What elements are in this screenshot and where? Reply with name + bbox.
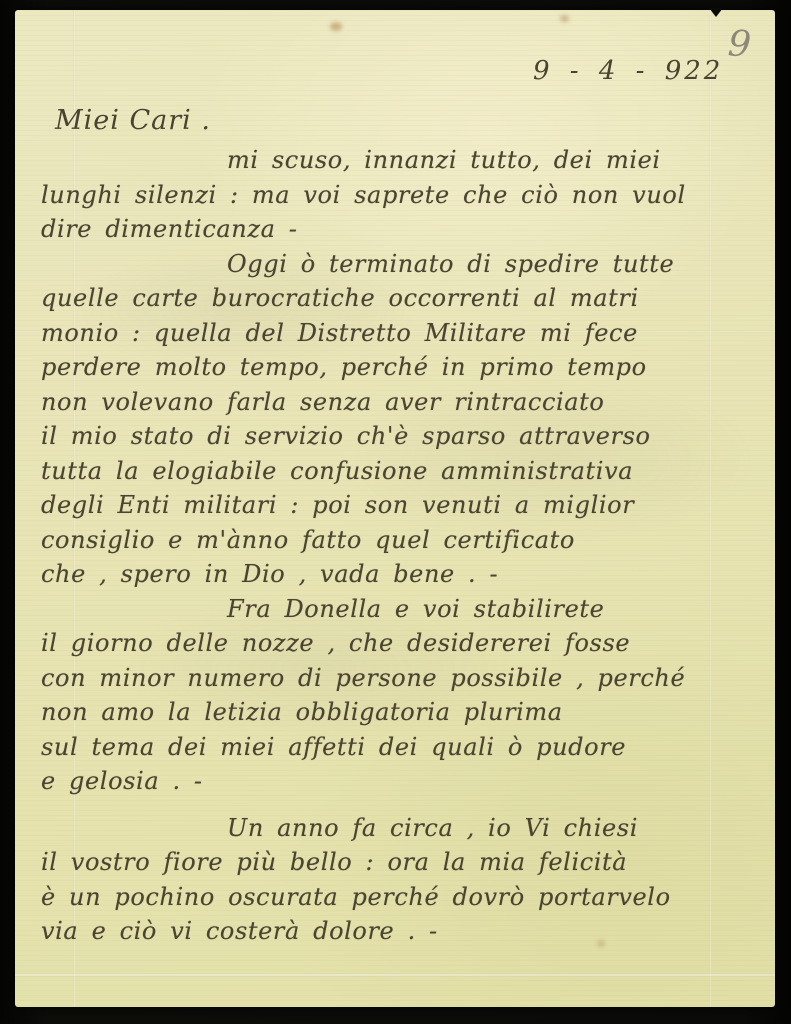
letter-line: Oggi ò terminato di spedire tutte (41, 247, 771, 282)
paper-edge-notch (709, 8, 723, 17)
letter-line: lunghi silenzi : ma voi saprete che ciò … (41, 178, 771, 213)
letter-date: 9 - 4 - 922 (533, 56, 723, 86)
letter-line: non amo la letizia obbligatoria plurima (41, 695, 771, 730)
letter-salutation: Miei Cari . (55, 105, 211, 136)
archive-page-number: 9 (727, 23, 753, 65)
letter-line: il giorno delle nozze , che desidererei … (41, 626, 771, 661)
letter-paper: 9 9 - 4 - 922 Miei Cari . mi scuso, inna… (15, 10, 775, 1007)
letter-line: consiglio e m'ànno fatto quel certificat… (41, 523, 771, 558)
letter-line: degli Enti militari : poi son venuti a m… (41, 488, 771, 523)
paper-stain (330, 22, 342, 31)
letter-line: il mio stato di servizio ch'è sparso att… (41, 419, 771, 454)
letter-line: via e ciò vi costerà dolore . - (41, 914, 771, 949)
letter-line: con minor numero di persone possibile , … (41, 661, 771, 696)
letter-line: non volevano farla senza aver rintraccia… (41, 385, 771, 420)
letter-line: perdere molto tempo, perché in primo tem… (41, 350, 771, 385)
letter-line: il vostro fiore più bello : ora la mia f… (41, 845, 771, 880)
letter-line: monio : quella del Distretto Militare mi… (41, 316, 771, 351)
letter-line: e gelosia . - (41, 764, 771, 799)
fold-crease-horizontal-lower (15, 973, 775, 977)
letter-line: è un pochino oscurata perché dovrò porta… (41, 880, 771, 915)
letter-line: tutta la elogiabile confusione amministr… (41, 454, 771, 489)
letter-line: mi scuso, innanzi tutto, dei miei (41, 143, 771, 178)
letter-line: Un anno fa circa , io Vi chiesi (41, 811, 771, 846)
letter-line: quelle carte burocratiche occorrenti al … (41, 281, 771, 316)
letter-line: che , spero in Dio , vada bene . - (41, 557, 771, 592)
letter-line: dire dimenticanza - (41, 212, 771, 247)
paper-stain (560, 15, 569, 22)
letter-line: sul tema dei miei affetti dei quali ò pu… (41, 730, 771, 765)
letter-line: Fra Donella e voi stabilirete (41, 592, 771, 627)
letter-body: mi scuso, innanzi tutto, dei mieilunghi … (41, 143, 771, 949)
